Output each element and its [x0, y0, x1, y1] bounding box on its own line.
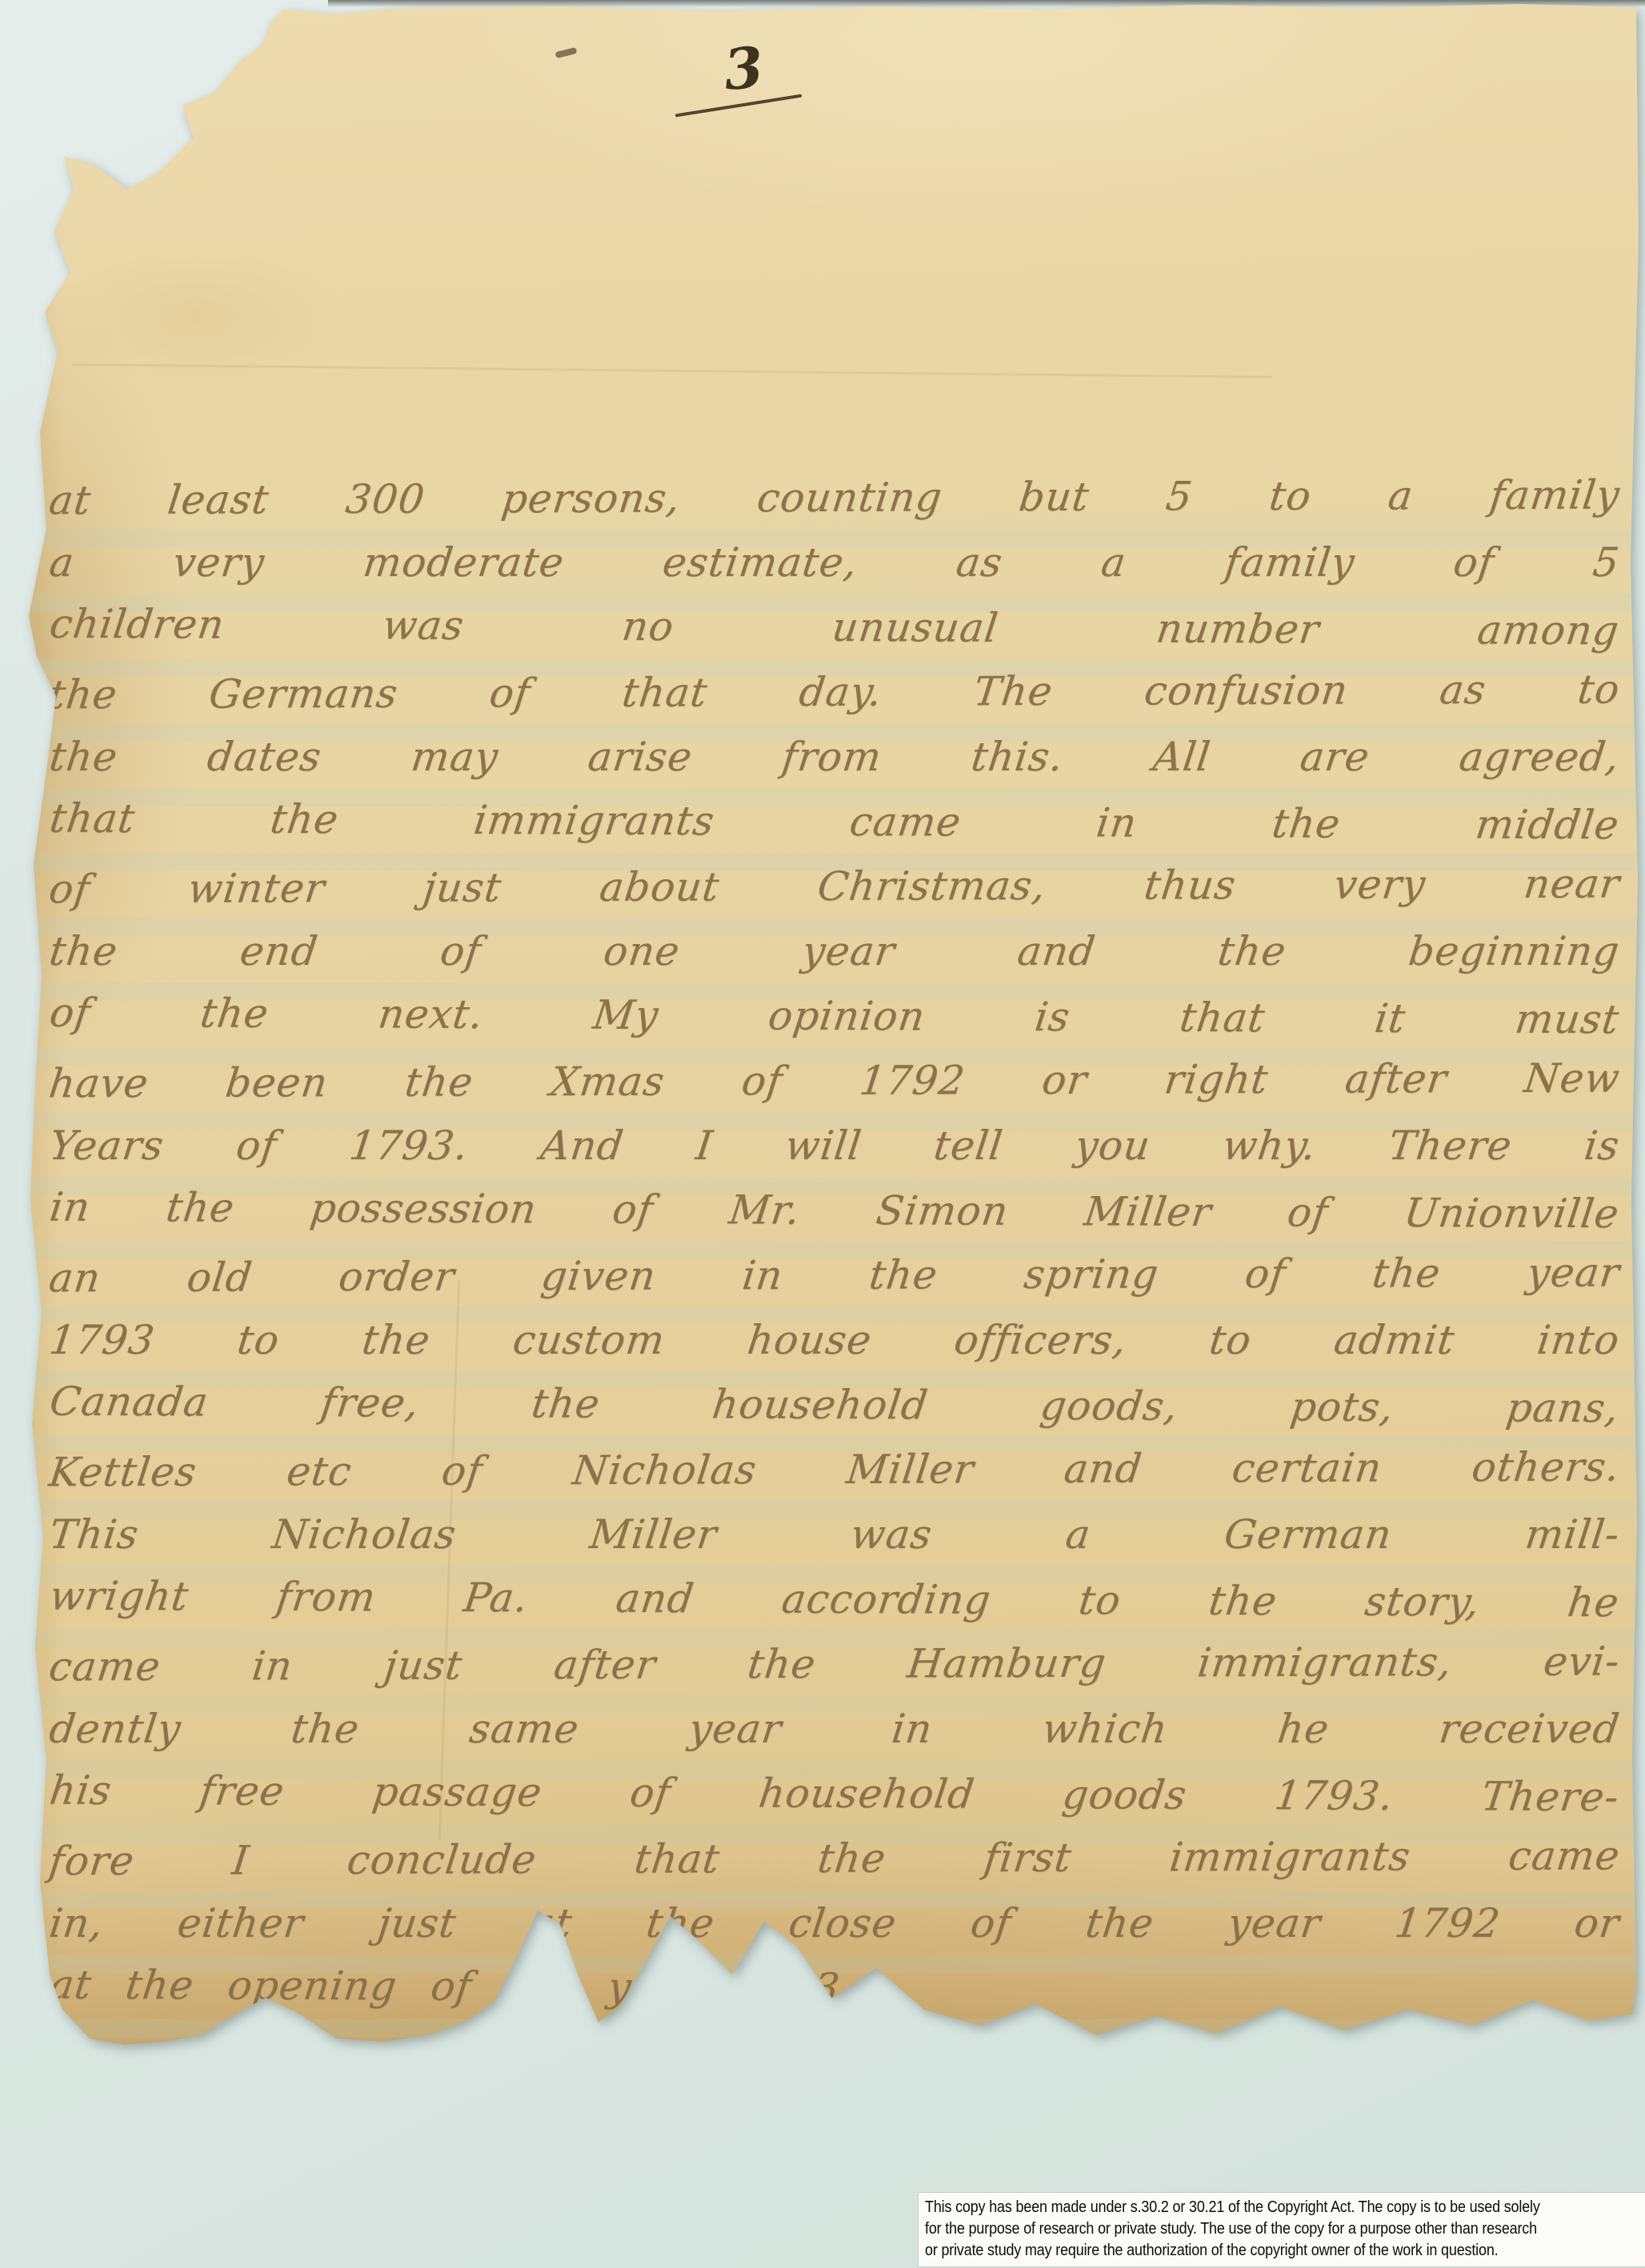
manuscript-line: the dates may arise from this. All are a…: [46, 725, 1623, 790]
manuscript-line: dently the same year in which he receive…: [46, 1697, 1623, 1762]
copyright-stamp: This copy has been made under s.30.2 or …: [919, 2193, 1645, 2266]
manuscript-line: in, either just at the close of the year…: [46, 1891, 1623, 1956]
manuscript-line: a very moderate estimate, as a family of…: [46, 530, 1623, 595]
manuscript-line: that the immigrants came in the middle: [46, 786, 1623, 858]
manuscript-line: Years of 1793. And I will tell you why. …: [46, 1114, 1623, 1178]
manuscript-line: in the possession of Mr. Simon Miller of…: [46, 1175, 1623, 1247]
manuscript-line: fore I conclude that the first immigrant…: [46, 1824, 1623, 1894]
manuscript-line: of the next. My opinion is that it must: [46, 981, 1623, 1053]
manuscript-line: came in just after the Hamburg immigrant…: [46, 1630, 1623, 1700]
manuscript-line: an old order given in the spring of the …: [46, 1241, 1623, 1311]
manuscript-line: This Nicholas Miller was a German mill-: [46, 1502, 1623, 1567]
page-number: 3: [721, 34, 767, 103]
torn-paper-sheet: 3 at least 300 persons, counting but 5 t…: [0, 0, 1645, 2268]
manuscript-line: have been the Xmas of 1792 or right afte…: [46, 1046, 1623, 1117]
stamp-line: for the purpose of research or private s…: [925, 2218, 1567, 2240]
stamp-line: This copy has been made under s.30.2 or …: [925, 2197, 1567, 2218]
manuscript-line: at least 300 persons, counting but 5 to …: [46, 463, 1623, 534]
paper-shadow-wrap: 3 at least 300 persons, counting but 5 t…: [0, 0, 1645, 2268]
stamp-line: or private study may require the authori…: [925, 2240, 1567, 2262]
manuscript-line: his free passage of household goods 1793…: [46, 1758, 1623, 1830]
manuscript-line: the Germans of that day. The confusion a…: [46, 658, 1623, 728]
manuscript-line: of winter just about Christmas, thus ver…: [46, 852, 1623, 922]
manuscript-line: Canada free, the household goods, pots, …: [46, 1370, 1623, 1442]
handwritten-text-block: at least 300 persons, counting but 5 to …: [50, 466, 1619, 2021]
manuscript-line: children was no unusual number among: [46, 592, 1623, 664]
manuscript-line: Kettles etc of Nicholas Miller and certa…: [46, 1435, 1623, 1506]
manuscript-line: the end of one year and the beginning: [46, 919, 1623, 984]
ink-smudge: [554, 47, 577, 58]
manuscript-line: 1793 to the custom house officers, to ad…: [46, 1308, 1623, 1373]
scanned-document-page: 3 at least 300 persons, counting but 5 t…: [0, 0, 1645, 2268]
paper-crease: [72, 363, 1272, 378]
manuscript-line: at the opening of the year 1793.: [46, 1953, 1623, 2025]
manuscript-line: wright from Pa. and according to the sto…: [46, 1564, 1623, 1636]
